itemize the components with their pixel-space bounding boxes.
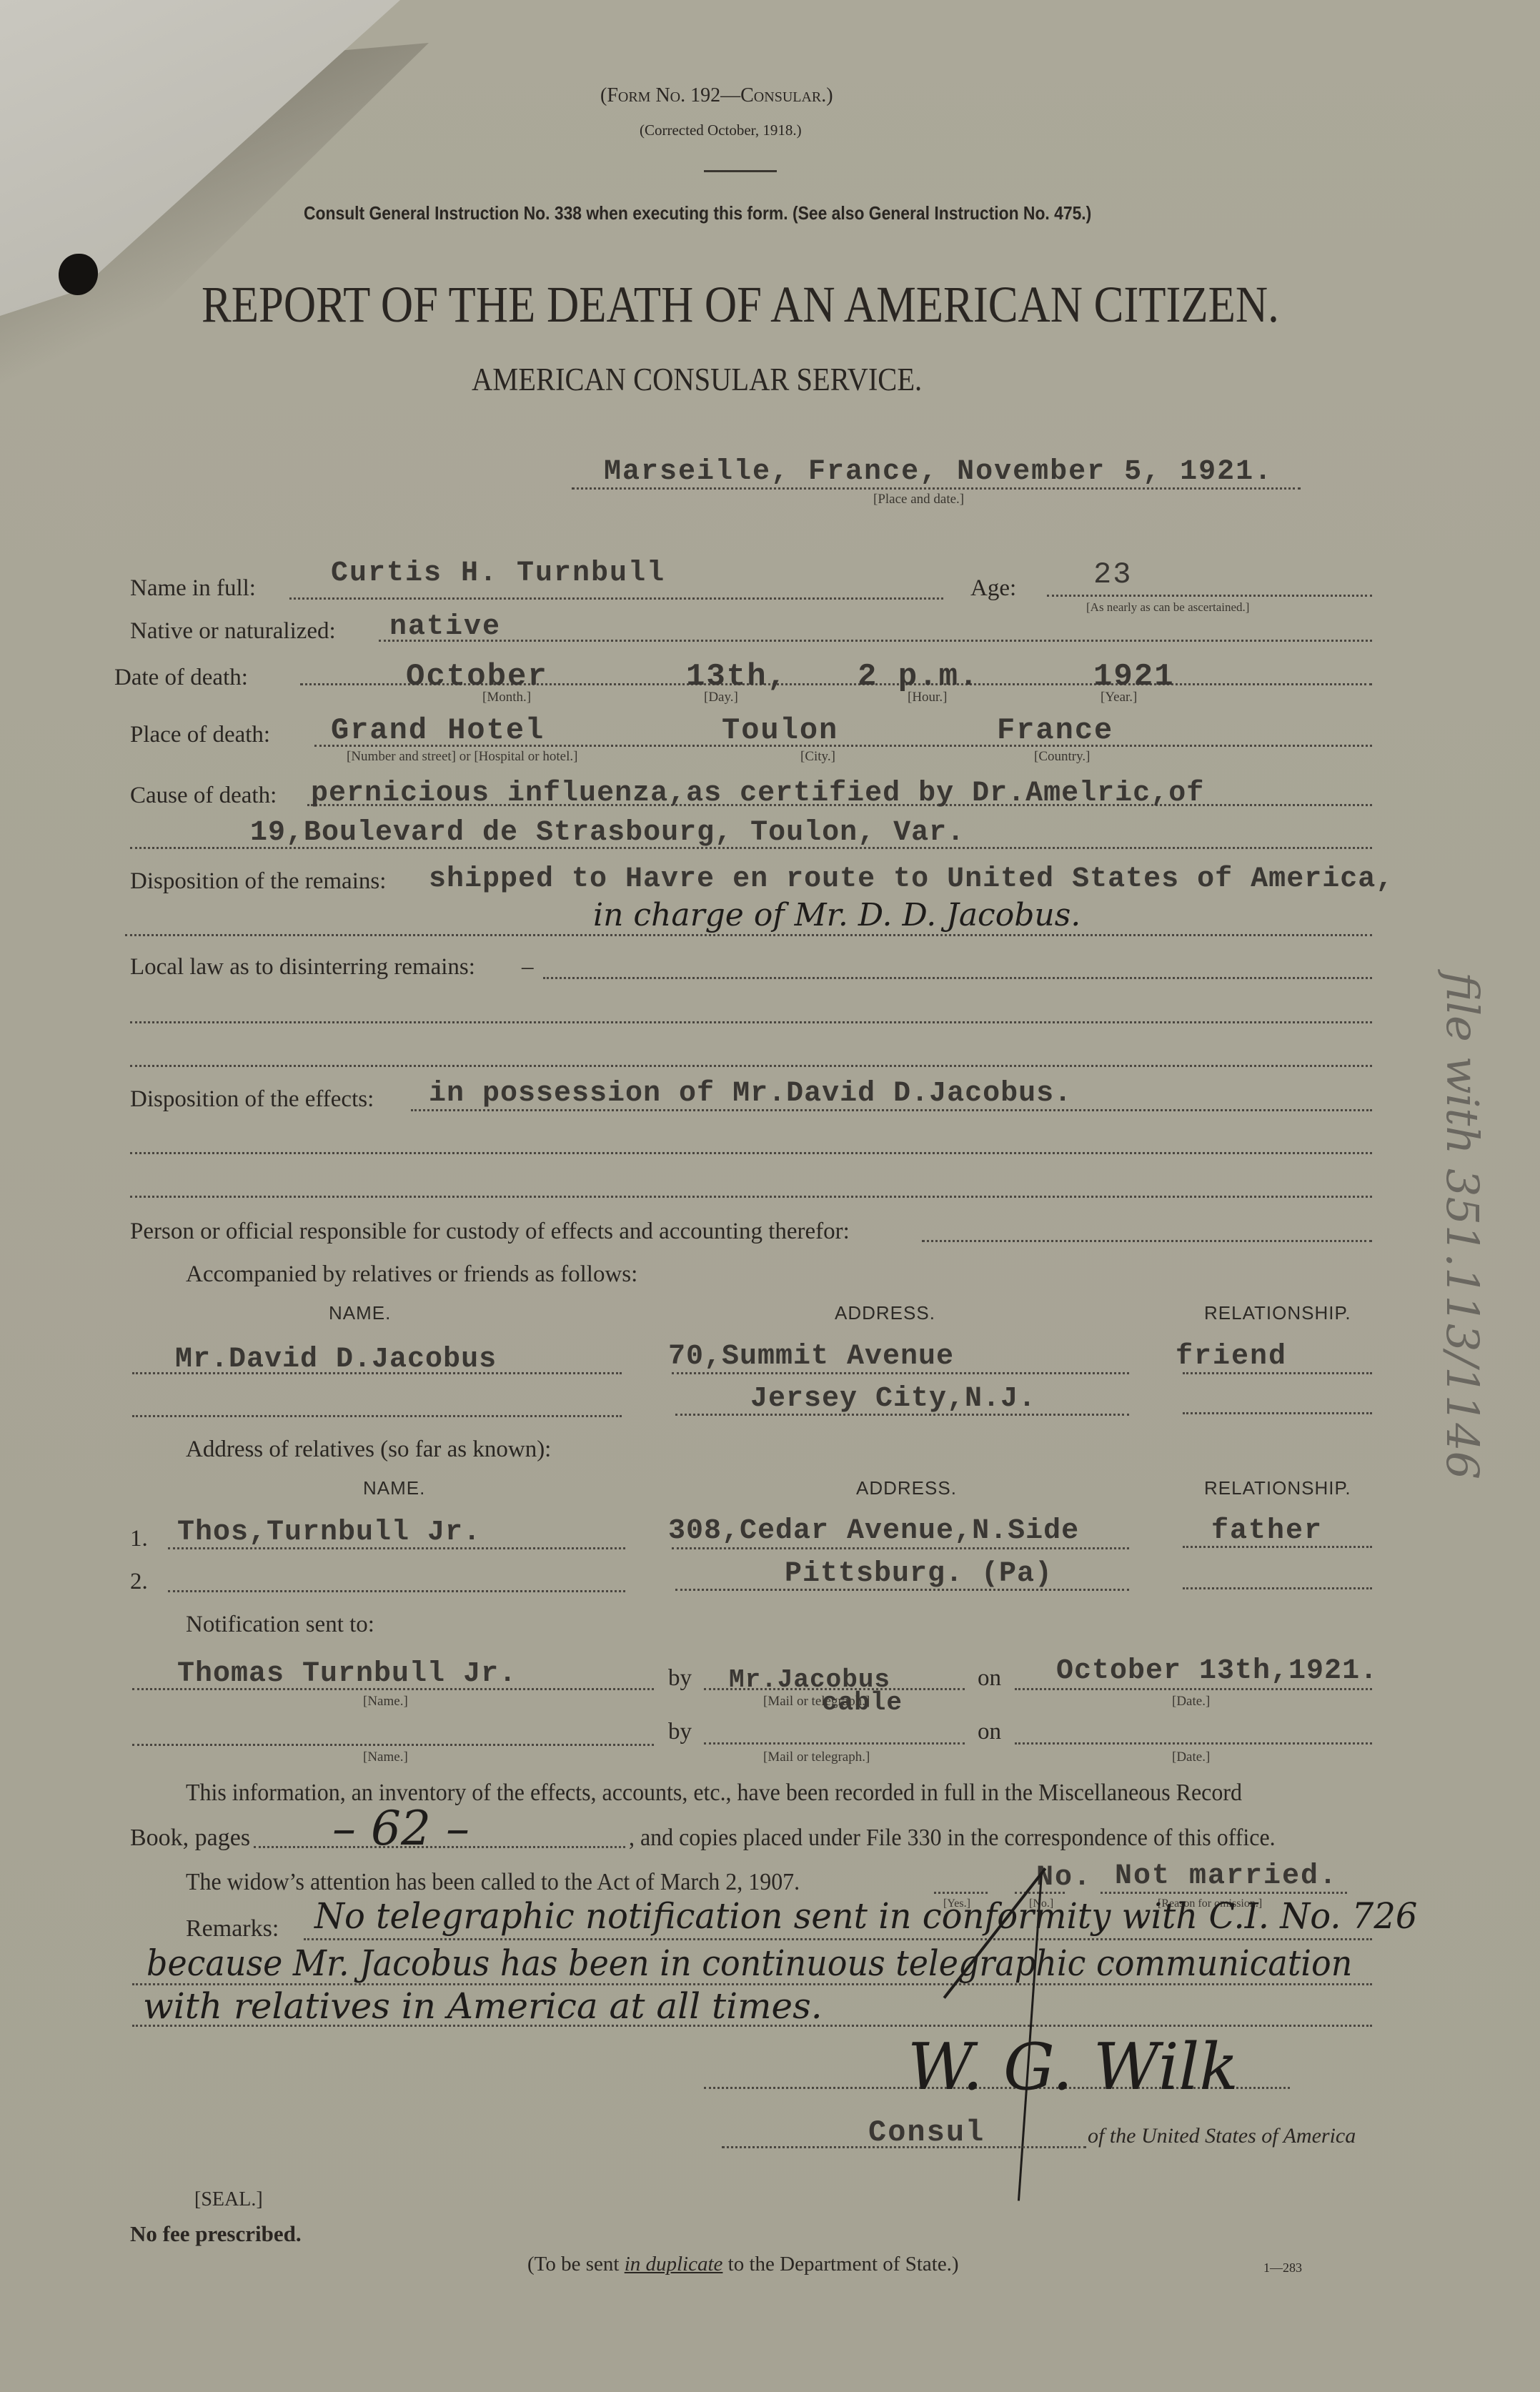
notification-1-date: October 13th,1921. xyxy=(1056,1655,1378,1687)
page-title: REPORT OF THE DEATH OF AN AMERICAN CITIZ… xyxy=(202,275,1279,334)
notification-1-mail-caption: [Mail or telegraph.] xyxy=(763,1694,870,1709)
corrected-date: (Corrected October, 1918.) xyxy=(640,121,802,139)
notification-1-by-label: by xyxy=(668,1665,692,1692)
widow-no-value: No. xyxy=(1036,1862,1092,1894)
effects-line-2 xyxy=(130,1152,1372,1154)
remarks-line-1-text: No telegraphic notification sent in conf… xyxy=(314,1895,1417,1937)
cause-value-line-1: pernicious influenza,as certified by Dr.… xyxy=(311,778,1204,810)
custody-line xyxy=(922,1240,1372,1242)
notification-1-on-line xyxy=(1015,1688,1372,1690)
record-statement-cont: , and copies placed under File 330 in th… xyxy=(629,1825,1276,1852)
notification-2-name-caption: [Name.] xyxy=(363,1750,408,1765)
consul-signature: W. G. Wilk xyxy=(908,2030,1238,2105)
native-label: Native or naturalized: xyxy=(130,618,336,645)
place-city: Toulon xyxy=(722,713,838,748)
remains-handwritten: in charge of Mr. D. D. Jacobus. xyxy=(593,897,1081,933)
relatives-col-relationship: RELATIONSHIP. xyxy=(1204,1477,1351,1499)
date-month-caption: [Month.] xyxy=(482,690,531,705)
page-subtitle: AMERICAN CONSULAR SERVICE. xyxy=(472,361,922,398)
notification-2-by-line xyxy=(704,1742,965,1745)
notification-1-name-caption: [Name.] xyxy=(363,1694,408,1709)
consul-title: Consul xyxy=(868,2115,985,2150)
notification-2-date-caption: [Date.] xyxy=(1172,1750,1210,1765)
margin-file-note: file with 351.113/1146 xyxy=(1436,972,1489,1479)
local-law-label: Local law as to disinterring remains: xyxy=(130,954,475,981)
name-label: Name in full: xyxy=(130,575,256,602)
notification-1-date-caption: [Date.] xyxy=(1172,1694,1210,1709)
accompanied-name-line-2 xyxy=(132,1415,622,1417)
notification-heading: Notification sent to: xyxy=(186,1612,374,1638)
remains-label: Disposition of the remains: xyxy=(130,868,386,895)
consul-suffix: of the United States of America xyxy=(1088,2124,1356,2148)
custody-label: Person or official responsible for custo… xyxy=(130,1219,850,1245)
accompanied-relationship: friend xyxy=(1176,1341,1287,1373)
date-hour-caption: [Hour.] xyxy=(908,690,947,705)
relative-2-name-line xyxy=(168,1590,625,1592)
cause-value-line-2: 19,Boulevard de Strasbourg, Toulon, Var. xyxy=(250,817,965,849)
effects-label: Disposition of the effects: xyxy=(130,1086,374,1113)
relatives-col-address: ADDRESS. xyxy=(856,1477,957,1499)
notification-1-on-label: on xyxy=(978,1665,1001,1692)
date-day-caption: [Day.] xyxy=(704,690,738,705)
notification-2-on-label: on xyxy=(978,1719,1001,1745)
accompanied-col-relationship: RELATIONSHIP. xyxy=(1204,1302,1351,1324)
relative-1-name: Thos,Turnbull Jr. xyxy=(177,1517,481,1549)
accompanied-relationship-line-2 xyxy=(1183,1412,1372,1414)
notification-2-on-line xyxy=(1015,1742,1372,1745)
name-line xyxy=(289,597,943,600)
widow-reason-value: Not married. xyxy=(1115,1860,1338,1892)
duplicate-note-post: to the Department of State.) xyxy=(722,2253,958,2276)
relative-1-address: 308,Cedar Avenue,N.Side xyxy=(668,1515,1079,1547)
notification-2-by-label: by xyxy=(668,1719,692,1745)
place-hotel: Grand Hotel xyxy=(331,713,545,748)
notification-2-mail-caption: [Mail or telegraph.] xyxy=(763,1750,870,1765)
header-rule xyxy=(704,170,777,172)
effects-value: in possession of Mr.David D.Jacobus. xyxy=(429,1078,1072,1110)
place-country: France xyxy=(997,713,1113,748)
remains-value-line-1: shipped to Havre en route to United Stat… xyxy=(429,863,1394,895)
document-page: (Form No. 192—Consular.) (Corrected Octo… xyxy=(0,0,1540,2392)
fee-note: No fee prescribed. xyxy=(130,2221,302,2247)
date-of-death-label: Date of death: xyxy=(114,665,248,691)
remarks-line-1 xyxy=(304,1938,1372,1940)
remarks-label: Remarks: xyxy=(186,1915,279,1942)
relatives-col-name: NAME. xyxy=(363,1477,425,1499)
cause-label: Cause of death: xyxy=(130,783,277,809)
relative-1-number: 1. xyxy=(130,1526,148,1552)
age-label: Age: xyxy=(970,575,1016,602)
accompanied-address-2: Jersey City,N.J. xyxy=(750,1383,1036,1415)
duplicate-note-pre: (To be sent xyxy=(527,2253,625,2276)
place-hotel-caption: [Number and street] or [Hospital or hote… xyxy=(347,749,577,765)
place-of-death-label: Place of death: xyxy=(130,722,270,748)
book-pages-label: Book, pages xyxy=(130,1825,250,1852)
remarks-line-2-text: because Mr. Jacobus has been in continuo… xyxy=(146,1942,1352,1984)
remarks-line-3-text: with relatives in America at all times. xyxy=(143,1985,823,2027)
notification-2-name-line xyxy=(132,1744,654,1746)
accompanied-heading: Accompanied by relatives or friends as f… xyxy=(186,1261,637,1288)
name-value: Curtis H. Turnbull xyxy=(331,557,665,590)
place-date-value: Marseille, France, November 5, 1921. xyxy=(604,456,1273,488)
relatives-heading: Address of relatives (so far as known): xyxy=(186,1436,551,1463)
widow-yes-line xyxy=(934,1892,988,1894)
native-value: native xyxy=(389,611,501,643)
widow-statement: The widow’s attention has been called to… xyxy=(186,1869,800,1896)
accompanied-col-address: ADDRESS. xyxy=(835,1302,935,1324)
duplicate-note-em: in duplicate xyxy=(625,2253,723,2276)
accompanied-col-name: NAME. xyxy=(329,1302,391,1324)
local-law-line-3 xyxy=(130,1065,1372,1067)
relative-1-relationship: father xyxy=(1211,1515,1323,1547)
effects-line-3 xyxy=(130,1196,1372,1198)
accompanied-name: Mr.David D.Jacobus xyxy=(175,1344,497,1376)
local-law-value: – xyxy=(522,954,534,981)
accompanied-address-1: 70,Summit Avenue xyxy=(668,1341,954,1373)
place-country-caption: [Country.] xyxy=(1034,749,1090,765)
form-code: 1—283 xyxy=(1263,2261,1302,2276)
age-caption: [As nearly as can be ascertained.] xyxy=(1086,600,1249,615)
place-date-caption: [Place and date.] xyxy=(873,492,964,507)
notification-1-name: Thomas Turnbull Jr. xyxy=(177,1658,517,1690)
duplicate-note: (To be sent in duplicate to the Departme… xyxy=(527,2253,959,2276)
instruction-note: Consult General Instruction No. 338 when… xyxy=(304,202,1091,224)
age-value: 23 xyxy=(1093,557,1132,592)
local-law-line-2 xyxy=(130,1021,1372,1023)
native-line xyxy=(379,640,1372,642)
form-number: (Form No. 192—Consular.) xyxy=(600,84,833,107)
place-city-caption: [City.] xyxy=(800,749,835,765)
remains-line-2 xyxy=(125,934,1372,936)
book-pages-value: – 62 – xyxy=(332,1801,470,1856)
relative-2-address: Pittsburg. (Pa) xyxy=(785,1558,1053,1590)
relative-1-address-line xyxy=(672,1547,1129,1549)
seal-label: [SEAL.] xyxy=(194,2188,263,2211)
relative-2-number: 2. xyxy=(130,1569,148,1595)
relative-2-relationship-line xyxy=(1183,1587,1372,1589)
age-line xyxy=(1047,595,1372,597)
local-law-line-1 xyxy=(543,977,1372,979)
date-year-caption: [Year.] xyxy=(1101,690,1137,705)
